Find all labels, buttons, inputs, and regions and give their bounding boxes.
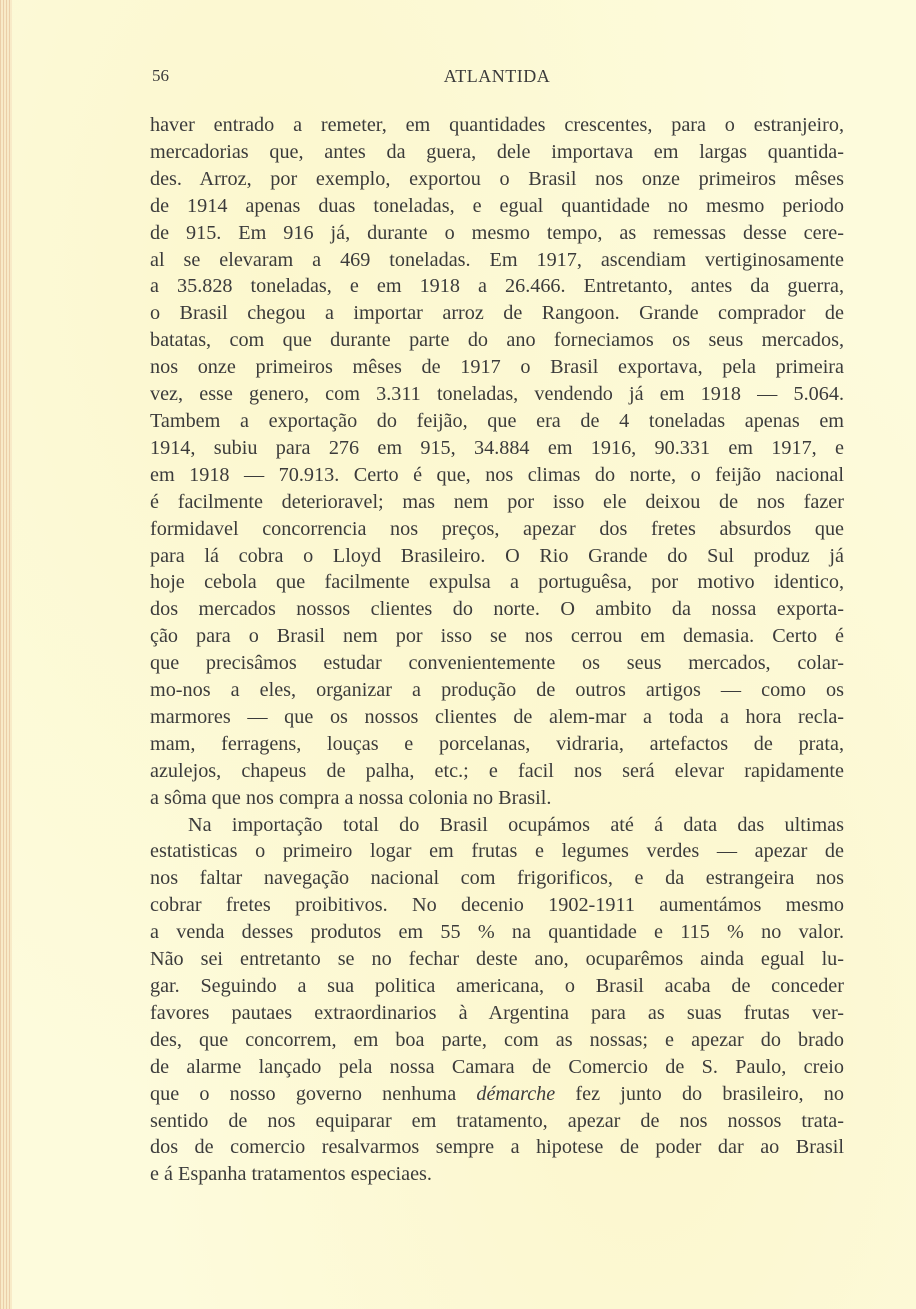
text-line: Na importação total do Brasil ocupámos a… — [150, 812, 844, 839]
text-line: gar. Seguindo a sua politica americana, … — [150, 973, 844, 1000]
text-line: 1914, subiu para 276 em 915, 34.884 em 1… — [150, 435, 844, 462]
text-line: hoje cebola que facilmente expulsa a por… — [150, 569, 844, 596]
text-line: ção para o Brasil nem por isso se nos ce… — [150, 623, 844, 650]
text-line: é facilmente deterioravel; mas nem por i… — [150, 489, 844, 516]
text-line-with-italic: que o nosso governo nenhuma démarche fez… — [150, 1081, 844, 1108]
text-line: al se elevaram a 469 toneladas. Em 1917,… — [150, 247, 844, 274]
running-title: ATLANTIDA — [152, 66, 842, 87]
text-line: em 1918 — 70.913. Certo é que, nos clima… — [150, 462, 844, 489]
text-line: estatisticas o primeiro logar em frutas … — [150, 838, 844, 865]
text-line: sentido de nos equiparar em tratamento, … — [150, 1108, 844, 1135]
text-fragment: que o nosso governo nenhuma — [150, 1083, 476, 1105]
body-text: haver entrado a remeter, em quantidades … — [150, 112, 844, 1188]
text-line: a 35.828 toneladas, e em 1918 a 26.466. … — [150, 273, 844, 300]
text-line: mo-nos a eles, organizar a produção de o… — [150, 677, 844, 704]
text-line: o Brasil chegou a importar arroz de Rang… — [150, 300, 844, 327]
page-header: 56 ATLANTIDA — [152, 66, 842, 92]
text-line: dos de comercio resalvarmos sempre a hip… — [150, 1134, 844, 1161]
text-line: Não sei entretanto se no fechar deste an… — [150, 946, 844, 973]
text-line: a sôma que nos compra a nossa colonia no… — [150, 785, 844, 812]
text-line: e á Espanha tratamentos especiaes. — [150, 1161, 844, 1188]
text-line: para lá cobra o Lloyd Brasileiro. O Rio … — [150, 543, 844, 570]
italic-term: démarche — [476, 1083, 555, 1105]
text-line: cobrar fretes proibitivos. No decenio 19… — [150, 892, 844, 919]
text-fragment: fez junto do brasileiro, no — [555, 1083, 844, 1105]
text-line: mam, ferragens, louças e porcelanas, vid… — [150, 731, 844, 758]
page-binding-edge — [0, 0, 12, 1309]
text-line: vez, esse genero, com 3.311 toneladas, v… — [150, 381, 844, 408]
text-line: dos mercados nossos clientes do norte. O… — [150, 596, 844, 623]
text-line: des. Arroz, por exemplo, exportou o Bras… — [150, 166, 844, 193]
book-page: 56 ATLANTIDA haver entrado a remeter, em… — [0, 0, 916, 1309]
text-line: azulejos, chapeus de palha, etc.; e faci… — [150, 758, 844, 785]
text-line: nos faltar navegação nacional com frigor… — [150, 865, 844, 892]
text-line: que precisâmos estudar convenientemente … — [150, 650, 844, 677]
text-line: marmores — que os nossos clientes de ale… — [150, 704, 844, 731]
text-line: Tambem a exportação do feijão, que era d… — [150, 408, 844, 435]
text-line: des, que concorrem, em boa parte, com as… — [150, 1027, 844, 1054]
text-line: haver entrado a remeter, em quantidades … — [150, 112, 844, 139]
text-line: batatas, com que durante parte do ano fo… — [150, 327, 844, 354]
text-line: de 1914 apenas duas toneladas, e egual q… — [150, 193, 844, 220]
paragraph-1: haver entrado a remeter, em quantidades … — [150, 112, 844, 812]
text-line: mercadorias que, antes da guera, dele im… — [150, 139, 844, 166]
text-line: de alarme lançado pela nossa Camara de C… — [150, 1054, 844, 1081]
text-line: de 915. Em 916 já, durante o mesmo tempo… — [150, 220, 844, 247]
text-line: nos onze primeiros mêses de 1917 o Brasi… — [150, 354, 844, 381]
paragraph-2: Na importação total do Brasil ocupámos a… — [150, 812, 844, 1189]
text-line: formidavel concorrencia nos preços, apez… — [150, 516, 844, 543]
text-line: a venda desses produtos em 55 % na quant… — [150, 919, 844, 946]
text-line: favores pautaes extraordinarios à Argent… — [150, 1000, 844, 1027]
